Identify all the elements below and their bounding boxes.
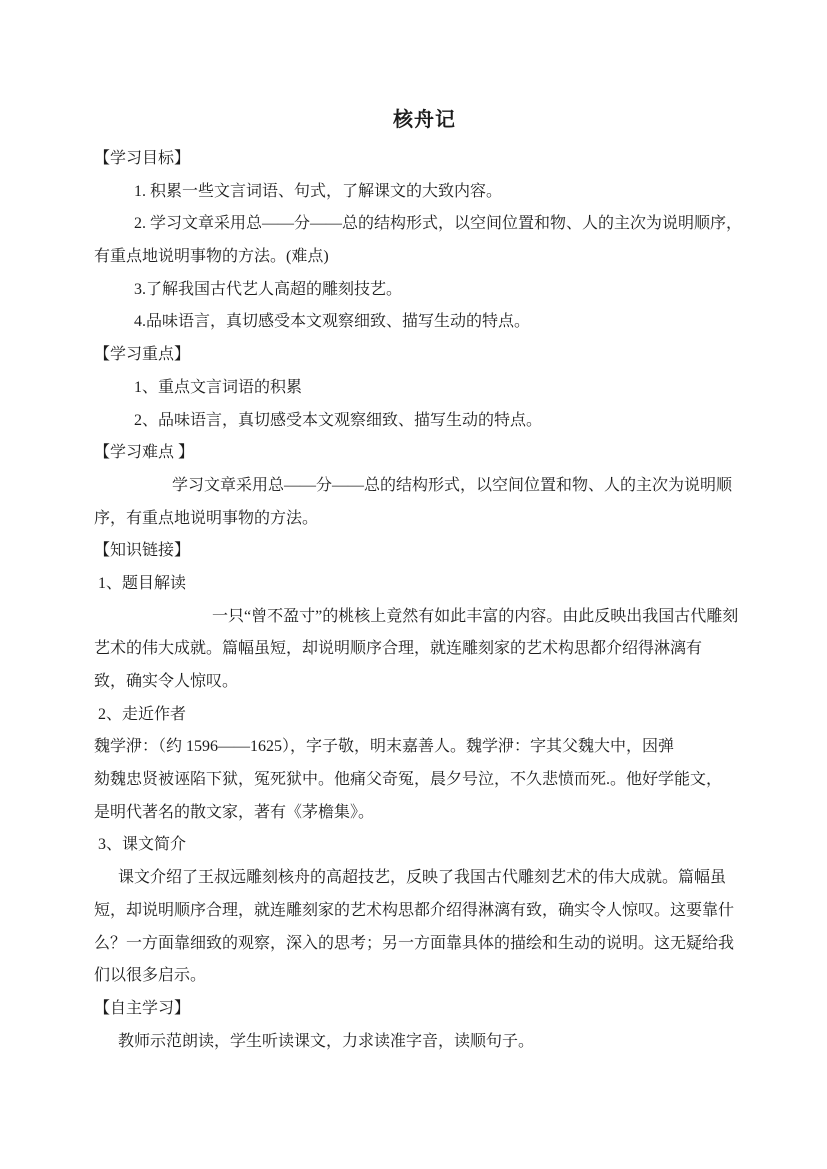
text-line: 教师示范朗读，学生听读课文，力求读准字音，读顺句子。 <box>94 1026 754 1059</box>
text-line: 学习文章采用总——分——总的结构形式，以空间位置和物、人的主次为说明顺 <box>94 470 754 503</box>
text-line: 【学习目标】 <box>94 143 754 176</box>
text-line: 【学习重点】 <box>94 339 754 372</box>
text-line: 【自主学习】 <box>94 993 754 1026</box>
text-line: 【学习难点 】 <box>94 437 754 470</box>
text-line: 艺术的伟大成就。篇幅虽短，却说明顺序合理，就连雕刻家的艺术构思都介绍得淋漓有 <box>94 633 754 666</box>
text-line: 短，却说明顺序合理，就连雕刻家的艺术构思都介绍得淋漓有致，确实令人惊叹。这要靠什 <box>94 895 754 928</box>
text-line: 们以很多启示。 <box>94 960 754 993</box>
document-title: 核舟记 <box>94 103 727 137</box>
text-line: 课文介绍了王叔远雕刻核舟的高超技艺，反映了我国古代雕刻艺术的伟大成就。篇幅虽 <box>94 862 754 895</box>
text-line: 有重点地说明事物的方法。(难点) <box>94 241 754 274</box>
text-line: 4.品味语言，真切感受本文观察细致、描写生动的特点。 <box>94 306 754 339</box>
text-line: 2、品味语言，真切感受本文观察细致、描写生动的特点。 <box>94 405 754 438</box>
text-line: 么？一方面靠细致的观察，深入的思考；另一方面靠具体的描绘和生动的说明。这无疑给我 <box>94 928 754 961</box>
document-lines: 【学习目标】1. 积累一些文言词语、句式，了解课文的大致内容。2. 学习文章采用… <box>94 143 754 1058</box>
text-line: 劾魏忠贤被诬陷下狱，冤死狱中。他痛父奇冤，晨夕号泣，不久悲愤而死.。他好学能文， <box>94 764 754 797</box>
text-line: 魏学洢：（约 1596——1625），字子敬，明末嘉善人。魏学洢：字其父魏大中，… <box>94 731 754 764</box>
text-line: 是明代著名的散文家，著有《茅檐集》。 <box>94 797 754 830</box>
text-line: 1、重点文言词语的积累 <box>94 372 754 405</box>
text-line: 致，确实令人惊叹。 <box>94 666 754 699</box>
text-line: 3、课文简介 <box>94 829 754 862</box>
text-line: 一只“曾不盈寸”的桃核上竟然有如此丰富的内容。由此反映出我国古代雕刻 <box>94 601 754 634</box>
text-line: 2. 学习文章采用总——分——总的结构形式，以空间位置和物、人的主次为说明顺序， <box>94 208 754 241</box>
text-line: 1、题目解读 <box>94 568 754 601</box>
document-page: 核舟记 【学习目标】1. 积累一些文言词语、句式，了解课文的大致内容。2. 学习… <box>0 0 827 1169</box>
text-line: 序，有重点地说明事物的方法。 <box>94 503 754 536</box>
text-line: 3.了解我国古代艺人高超的雕刻技艺。 <box>94 274 754 307</box>
text-line: 【知识链接】 <box>94 535 754 568</box>
text-line: 2、走近作者 <box>94 699 754 732</box>
text-line: 1. 积累一些文言词语、句式，了解课文的大致内容。 <box>94 176 754 209</box>
